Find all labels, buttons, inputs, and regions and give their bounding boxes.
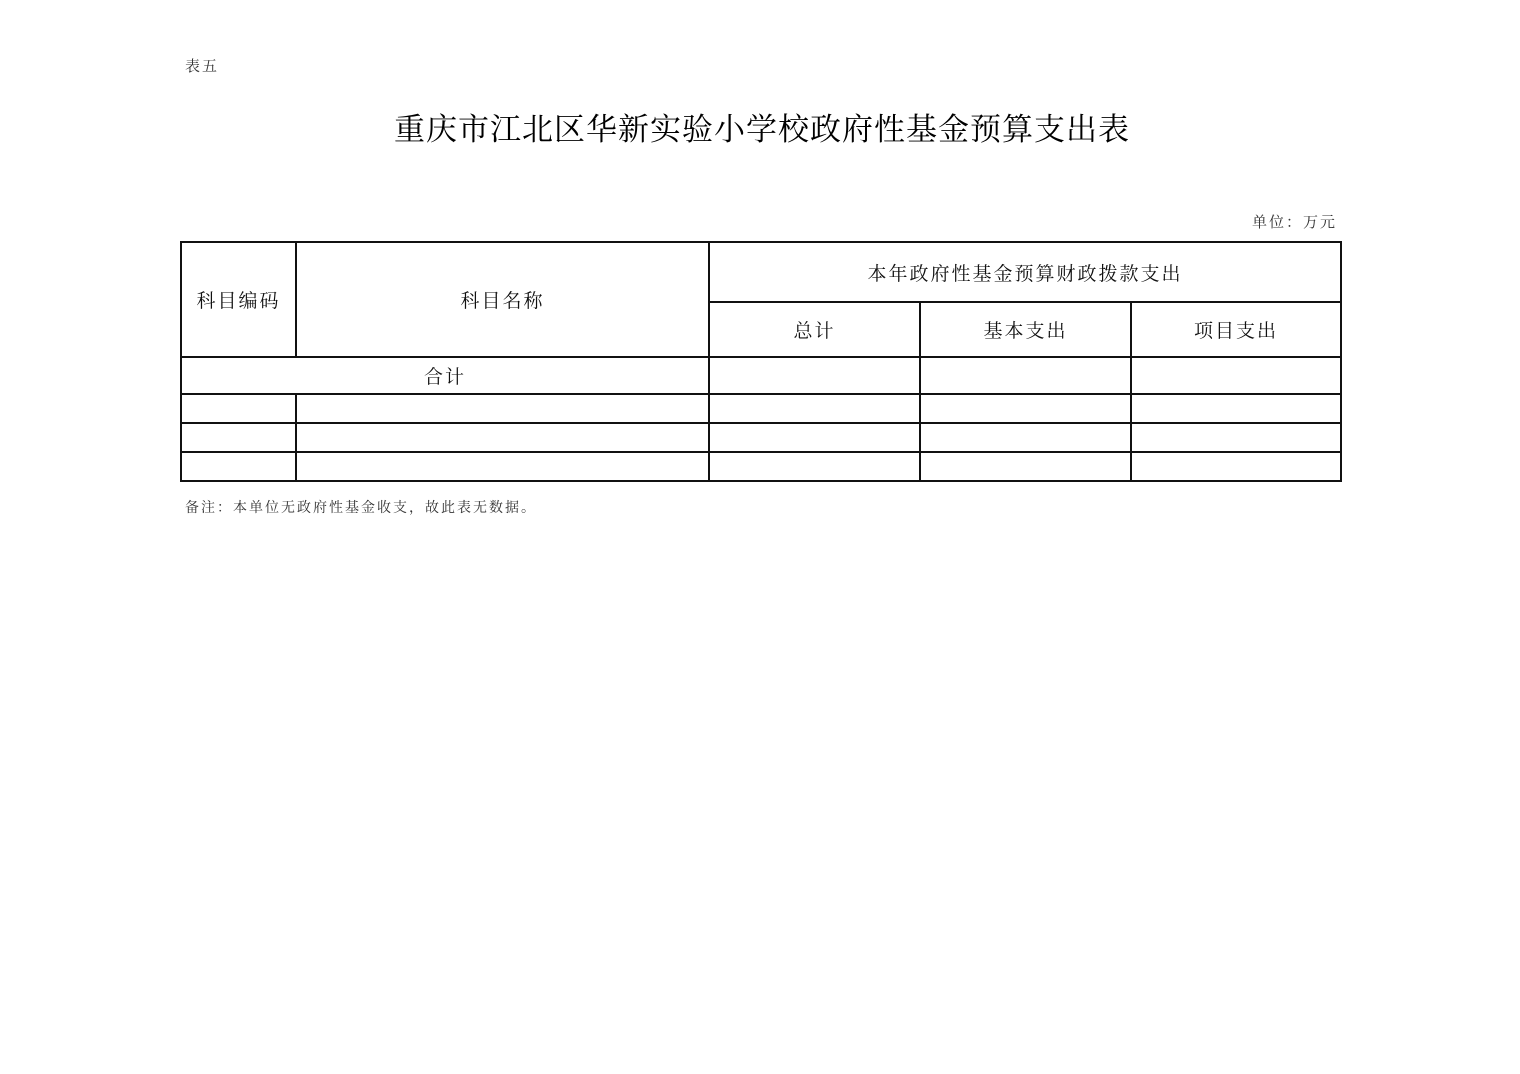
code-cell (181, 423, 296, 452)
footnote: 备注：本单位无政府性基金收支，故此表无数据。 (185, 497, 537, 517)
name-cell (296, 394, 709, 423)
page-title: 重庆市江北区华新实验小学校政府性基金预算支出表 (0, 104, 1520, 149)
project-cell (1131, 423, 1341, 452)
basic-cell (920, 423, 1131, 452)
total-basic-cell (920, 357, 1131, 394)
total-row: 合计 (181, 357, 1341, 394)
basic-cell (920, 452, 1131, 481)
unit-label: 单位：万元 (1252, 211, 1337, 232)
header-name: 科目名称 (296, 242, 709, 357)
total-cell (709, 357, 920, 394)
table-row (181, 452, 1341, 481)
name-cell (296, 452, 709, 481)
header-code: 科目编码 (181, 242, 296, 357)
budget-table: 科目编码 科目名称 本年政府性基金预算财政拨款支出 总计 基本支出 项目支出 合… (180, 241, 1342, 482)
total-project-cell (1131, 357, 1341, 394)
project-cell (1131, 452, 1341, 481)
total-cell (709, 452, 920, 481)
total-label: 合计 (181, 357, 709, 394)
project-cell (1131, 394, 1341, 423)
code-cell (181, 394, 296, 423)
header-group: 本年政府性基金预算财政拨款支出 (709, 242, 1341, 302)
total-cell (709, 423, 920, 452)
header-basic: 基本支出 (920, 302, 1131, 357)
table-number-label: 表五 (185, 55, 219, 76)
table-row (181, 394, 1341, 423)
header-row-1: 科目编码 科目名称 本年政府性基金预算财政拨款支出 (181, 242, 1341, 302)
basic-cell (920, 394, 1131, 423)
code-cell (181, 452, 296, 481)
header-total: 总计 (709, 302, 920, 357)
total-cell (709, 394, 920, 423)
header-project: 项目支出 (1131, 302, 1341, 357)
name-cell (296, 423, 709, 452)
table-row (181, 423, 1341, 452)
